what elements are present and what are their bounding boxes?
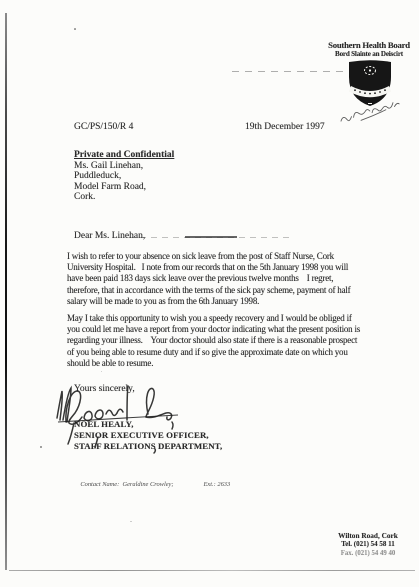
extension-value: 2633 — [216, 481, 230, 488]
body-paragraph-1: I wish to refer to your absence on sick … — [67, 251, 350, 307]
paragraph-line: therefore, that in accordance with the t… — [67, 285, 350, 296]
extension-label: Ext.: — [204, 481, 216, 488]
contact-label: Contact Name: — [80, 481, 119, 488]
scanned-letter-page: Southern Health Board Bord Slainte an De… — [0, 0, 419, 587]
scan-smudge-near-crest — [232, 71, 348, 72]
footer-address: Wilton Road, Cork — [324, 531, 412, 540]
recipient-line: Cork. — [74, 192, 174, 203]
confidential-label: Private and Confidential — [74, 150, 174, 161]
paragraph-line: I wish to refer to your absence on sick … — [67, 251, 350, 262]
paragraph-line: regarding your illness. Your doctor shou… — [67, 335, 360, 346]
scan-speck — [101, 371, 102, 372]
contact-line: Contact Name: Geraldine Crowley;Ext.: 26… — [74, 474, 230, 495]
scan-edge-line-left — [5, 13, 7, 570]
scan-speck — [130, 521, 132, 522]
paragraph-line: May I take this opportunity to wish you … — [67, 313, 360, 324]
recipient-line: Ms. Gail Linehan, — [74, 161, 174, 172]
paragraph-line: have been paid 183 days sick leave over … — [67, 273, 350, 284]
valediction: Yours sincerely, — [74, 384, 135, 394]
footer-block: Wilton Road, Cork Tel. (021) 54 58 11 Fa… — [324, 531, 412, 559]
signatory-block: NOEL HEALY, SENIOR EXECUTIVE OFFICER, ST… — [74, 419, 222, 453]
signatory-title: SENIOR EXECUTIVE OFFICER, — [74, 430, 222, 441]
letterhead: Southern Health Board Bord Slainte an De… — [327, 41, 411, 58]
paragraph-line: should be able to resume. — [67, 358, 360, 369]
body-paragraph-2: May I take this opportunity to wish you … — [67, 313, 360, 369]
paragraph-line: salary will be made to you as from the 6… — [67, 296, 350, 307]
contact-name: Geraldine Crowley; — [119, 481, 173, 488]
recipient-line: Puddleduck, — [74, 171, 174, 182]
salutation: Dear Ms. Linehan, — [74, 231, 145, 241]
org-name: Southern Health Board — [327, 41, 411, 50]
recipient-line: Model Farm Road, — [74, 182, 174, 193]
scan-edge-line-bottom — [9, 570, 415, 571]
paragraph-line: University Hospital. I note from our rec… — [67, 262, 350, 273]
paragraph-line: you could let me have a report from your… — [67, 324, 360, 335]
scan-speck — [74, 28, 76, 30]
paragraph-line: of you being able to resume duty and if … — [67, 347, 360, 358]
footer-fax: Fax. (021) 54 49 40 — [324, 549, 412, 558]
reference-code: GC/PS/150/R 4 — [74, 122, 133, 132]
recipient-block: Private and Confidential Ms. Gail Lineha… — [74, 150, 174, 203]
scan-speck — [40, 446, 42, 448]
signatory-name: NOEL HEALY, — [74, 419, 222, 430]
letter-date: 19th December 1997 — [245, 122, 325, 132]
scan-smudge-dash — [185, 236, 237, 238]
signatory-department: STAFF RELATIONS DEPARTMENT, — [74, 441, 222, 452]
footer-telephone: Tel. (021) 54 58 11 — [324, 540, 412, 549]
